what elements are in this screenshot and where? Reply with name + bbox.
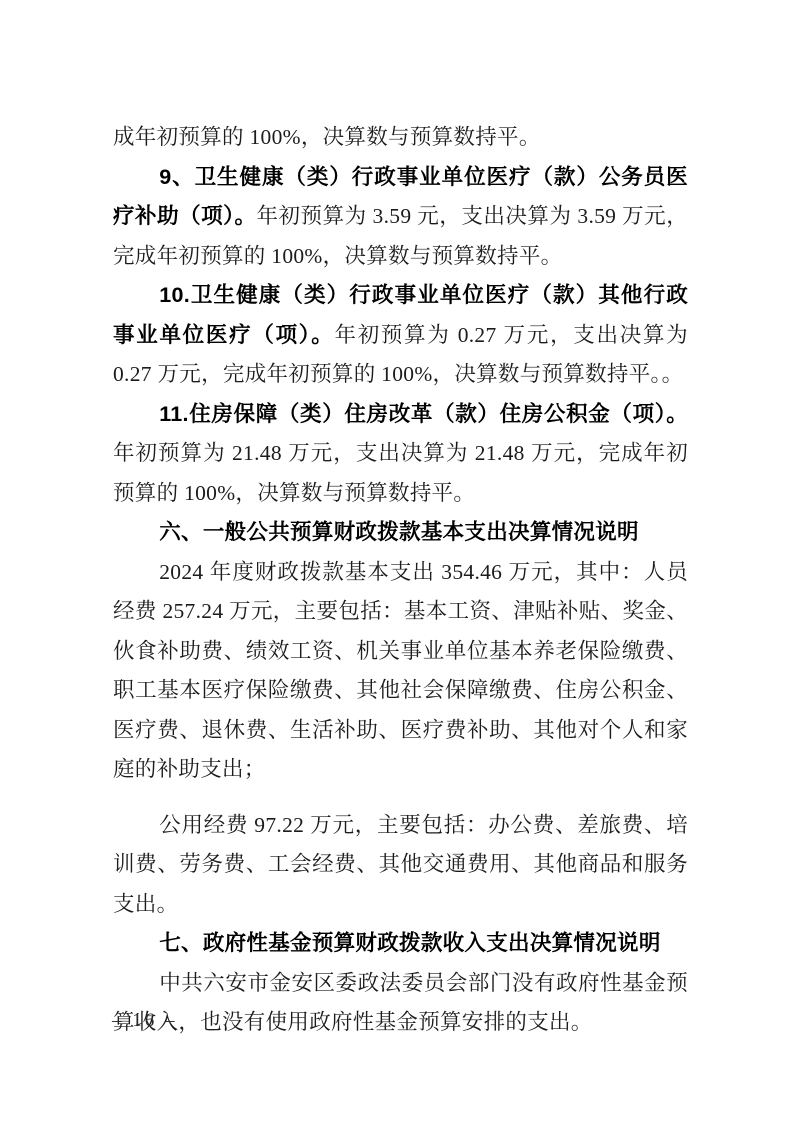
section-heading-seven: 七、政府性基金预算财政拨款收入支出决算情况说明 bbox=[113, 924, 688, 964]
page-number: – 16 – bbox=[112, 1010, 178, 1032]
paragraph-item-10: 10.卫生健康（类）行政事业单位医疗（款）其他行政事业单位医疗（项）。年初预算为… bbox=[113, 276, 688, 395]
paragraph-continuation: 成年初预算的 100%，决算数与预算数持平。 bbox=[113, 118, 688, 158]
paragraph-gov-fund-statement: 中共六安市金安区委政法委员会部门没有政府性基金预算收入，也没有使用政府性基金预算… bbox=[113, 964, 688, 1043]
item-11-title: 11.住房保障（类）住房改革（款）住房公积金（项）。 bbox=[159, 402, 688, 426]
paragraph-public-funds: 公用经费 97.22 万元，主要包括：办公费、差旅费、培训费、劳务费、工会经费、… bbox=[113, 806, 688, 925]
paragraph-item-9: 9、卫生健康（类）行政事业单位医疗（款）公务员医疗补助（项）。年初预算为 3.5… bbox=[113, 158, 688, 277]
section-heading-six: 六、一般公共预算财政拨款基本支出决算情况说明 bbox=[113, 513, 688, 553]
paragraph-item-11: 11.住房保障（类）住房改革（款）住房公积金（项）。年初预算为 21.48 万元… bbox=[113, 395, 688, 514]
document-page: 成年初预算的 100%，决算数与预算数持平。 9、卫生健康（类）行政事业单位医疗… bbox=[0, 0, 793, 1122]
item-11-body: 年初预算为 21.48 万元，支出决算为 21.48 万元，完成年初预算的 10… bbox=[113, 441, 688, 505]
paragraph-basic-expenditure: 2024 年度财政拨款基本支出 354.46 万元，其中：人员经费 257.24… bbox=[113, 553, 688, 790]
page-content: 成年初预算的 100%，决算数与预算数持平。 9、卫生健康（类）行政事业单位医疗… bbox=[113, 118, 688, 1043]
